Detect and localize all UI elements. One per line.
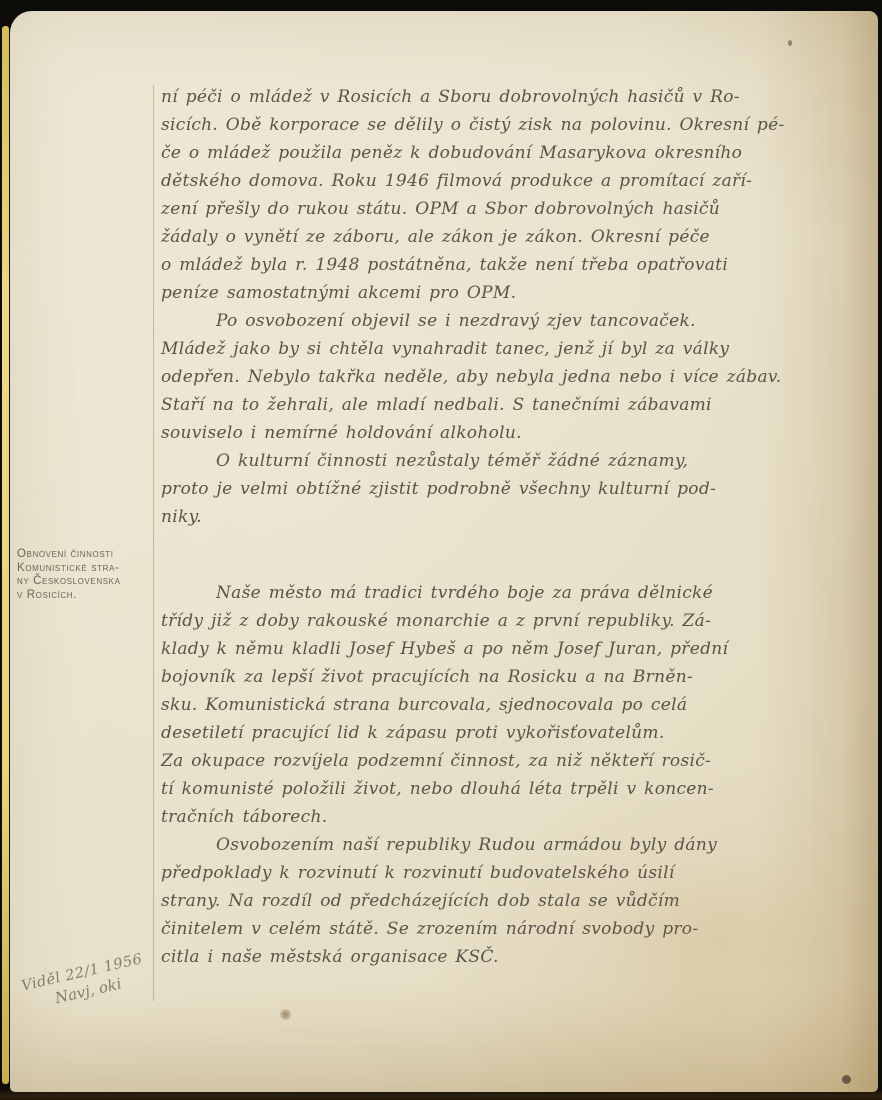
manuscript-line: citla i naše městská organisace KSČ. — [161, 943, 875, 971]
margin-note-line: v Rosicích. — [17, 589, 157, 603]
ink-speck — [788, 40, 792, 46]
manuscript-line: klady k němu kladli Josef Hybeš a po něm… — [161, 635, 875, 663]
margin-note-line: ny Československa — [17, 575, 157, 589]
margin-rule-line — [153, 85, 154, 1001]
manuscript-line: dětského domova. Roku 1946 filmová produ… — [161, 167, 875, 195]
margin-note-line: Obnovení činnosti — [17, 548, 157, 562]
manuscript-line: desetiletí pracující lid k zápasu proti … — [161, 719, 875, 747]
manuscript-line: souviselo i nemírné holdování alkoholu. — [161, 419, 875, 447]
manuscript-line: Naše město má tradici tvrdého boje za pr… — [161, 579, 875, 607]
chronicle-page: Obnovení činnostiKomunistické stra-ny Če… — [10, 11, 878, 1092]
paragraph: Naše město má tradici tvrdého boje za pr… — [161, 579, 875, 747]
manuscript-line: niky. — [161, 503, 875, 531]
manuscript-line: Osvobozením naší republiky Rudou armádou… — [161, 831, 875, 859]
paragraph: Za okupace rozvíjela podzemní činnost, z… — [161, 747, 875, 831]
manuscript-line: o mládež byla r. 1948 postátněna, takže … — [161, 251, 875, 279]
margin-annotation: Obnovení činnostiKomunistické stra-ny Če… — [17, 548, 157, 602]
paragraph: Po osvobození objevil se i nezdravý zjev… — [161, 307, 875, 447]
manuscript-line: tračních táborech. — [161, 803, 875, 831]
manuscript-line: če o mládež použila peněz k dobudování M… — [161, 139, 875, 167]
manuscript-line: tí komunisté položili život, nebo dlouhá… — [161, 775, 875, 803]
manuscript-line: Po osvobození objevil se i nezdravý zjev… — [161, 307, 875, 335]
paper-stain — [280, 1009, 291, 1020]
manuscript-line: O kulturní činnosti nezůstaly téměř žádn… — [161, 447, 875, 475]
paragraph: ní péči o mládež v Rosicích a Sboru dobr… — [161, 83, 875, 307]
margin-note-line: Komunistické stra- — [17, 562, 157, 576]
manuscript-text: ní péči o mládež v Rosicích a Sboru dobr… — [161, 83, 875, 971]
manuscript-line: Za okupace rozvíjela podzemní činnost, z… — [161, 747, 875, 775]
scan-background: Obnovení činnostiKomunistické stra-ny Če… — [0, 0, 882, 1100]
dark-speck — [842, 1075, 851, 1084]
manuscript-line: strany. Na rozdíl od předcházejících dob… — [161, 887, 875, 915]
manuscript-line: sicích. Obě korporace se dělily o čistý … — [161, 111, 875, 139]
manuscript-line: sku. Komunistická strana burcovala, sjed… — [161, 691, 875, 719]
paragraph: Osvobozením naší republiky Rudou armádou… — [161, 831, 875, 971]
manuscript-line: Mládež jako by si chtěla vynahradit tane… — [161, 335, 875, 363]
manuscript-line: ní péči o mládež v Rosicích a Sboru dobr… — [161, 83, 875, 111]
manuscript-line: peníze samostatnými akcemi pro OPM. — [161, 279, 875, 307]
manuscript-line: proto je velmi obtížné zjistit podrobně … — [161, 475, 875, 503]
manuscript-line: třídy již z doby rakouské monarchie a z … — [161, 607, 875, 635]
manuscript-line: bojovník za lepší život pracujících na R… — [161, 663, 875, 691]
manuscript-line: předpoklady k rozvinutí k rozvinutí budo… — [161, 859, 875, 887]
manuscript-line: činitelem v celém státě. Se zrozením nár… — [161, 915, 875, 943]
manuscript-line: odepřen. Nebylo takřka neděle, aby nebyl… — [161, 363, 875, 391]
manuscript-line: zení přešly do rukou státu. OPM a Sbor d… — [161, 195, 875, 223]
inspection-note: Viděl 22/1 1956 Navj, oki — [20, 936, 213, 1014]
previous-page-edge — [2, 26, 9, 1084]
paragraph: O kulturní činnosti nezůstaly téměř žádn… — [161, 447, 875, 531]
manuscript-line: Staří na to žehrali, ale mladí nedbali. … — [161, 391, 875, 419]
manuscript-line: žádaly o vynětí ze záboru, ale zákon je … — [161, 223, 875, 251]
